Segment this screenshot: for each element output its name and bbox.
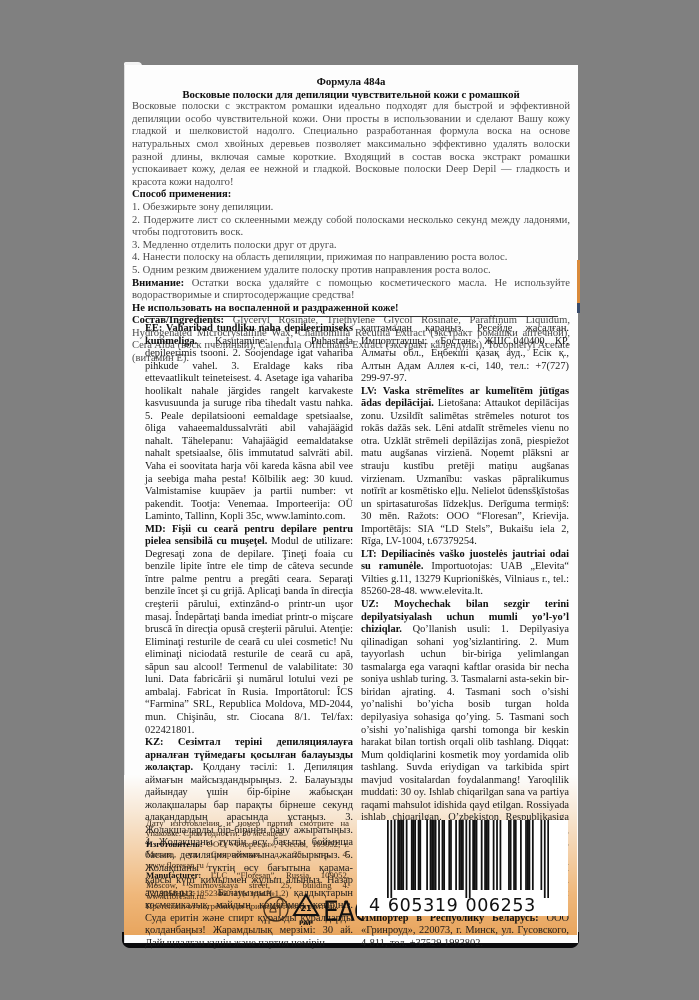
box-edge-blue (577, 303, 580, 313)
section-kz-continued: қаптамадан қараңыз. Ресейде жасалған. Им… (361, 323, 569, 386)
usage-step-3: 3. Медленно отделить полоски друг от дру… (132, 240, 570, 253)
formula-title: Формула 484а (132, 76, 570, 89)
svg-text:21: 21 (300, 904, 312, 913)
recycle-pap-icon: 21 PAP (294, 895, 318, 927)
section-divider (144, 316, 558, 317)
usage-step-2: 2. Подержите лист со склеенными между со… (132, 215, 570, 240)
section-md: MD: Fişii cu ceară pentru depilare pentr… (145, 524, 353, 737)
section-by: Импортер в Республику Беларусь: ООО «Гри… (361, 913, 569, 951)
barcode: 4 605319 006253 (357, 820, 568, 916)
cosmetic-period-icon (264, 897, 288, 921)
usage-step-1: 1. Обезжирьте зону депиляции. (132, 202, 570, 215)
manufacturer-ru: Изготовитель: ООО «Флоресан», Россия, 10… (146, 839, 349, 870)
box-edge-orange (577, 260, 580, 303)
barcode-number: 4 605319 006253 (369, 896, 536, 916)
certification-icons: 21 PAP ЕАС (262, 891, 362, 927)
attention-note: Внимание: Остатки воска удаляйте с помощ… (132, 278, 570, 303)
warning-note: Не использовать на воспаленной и раздраж… (132, 303, 570, 316)
section-lv: LV: Vaska strēmelītes ar kumelītēm jūtīg… (361, 386, 569, 549)
svg-text:PAP: PAP (299, 919, 313, 927)
usage-step-4: 4. Нанести полоску на область депиляции,… (132, 252, 570, 265)
product-subtitle: Восковые полоски для депиляции чувствите… (132, 89, 570, 102)
section-ee: EE: Vaharibad tundliku naha depileerimis… (145, 323, 353, 524)
usage-heading: Способ применения: (132, 189, 570, 202)
product-intro: Восковые полоски с экстрактом ромашки ид… (132, 101, 570, 189)
date-note: Дату изготовления и номер партии смотрит… (146, 818, 349, 839)
section-lt: LT: Depiliacinės vaško juostelės jautria… (361, 549, 569, 599)
barcode-bars (387, 820, 549, 898)
usage-step-5: 5. Одним резким движением удалите полоск… (132, 265, 570, 278)
